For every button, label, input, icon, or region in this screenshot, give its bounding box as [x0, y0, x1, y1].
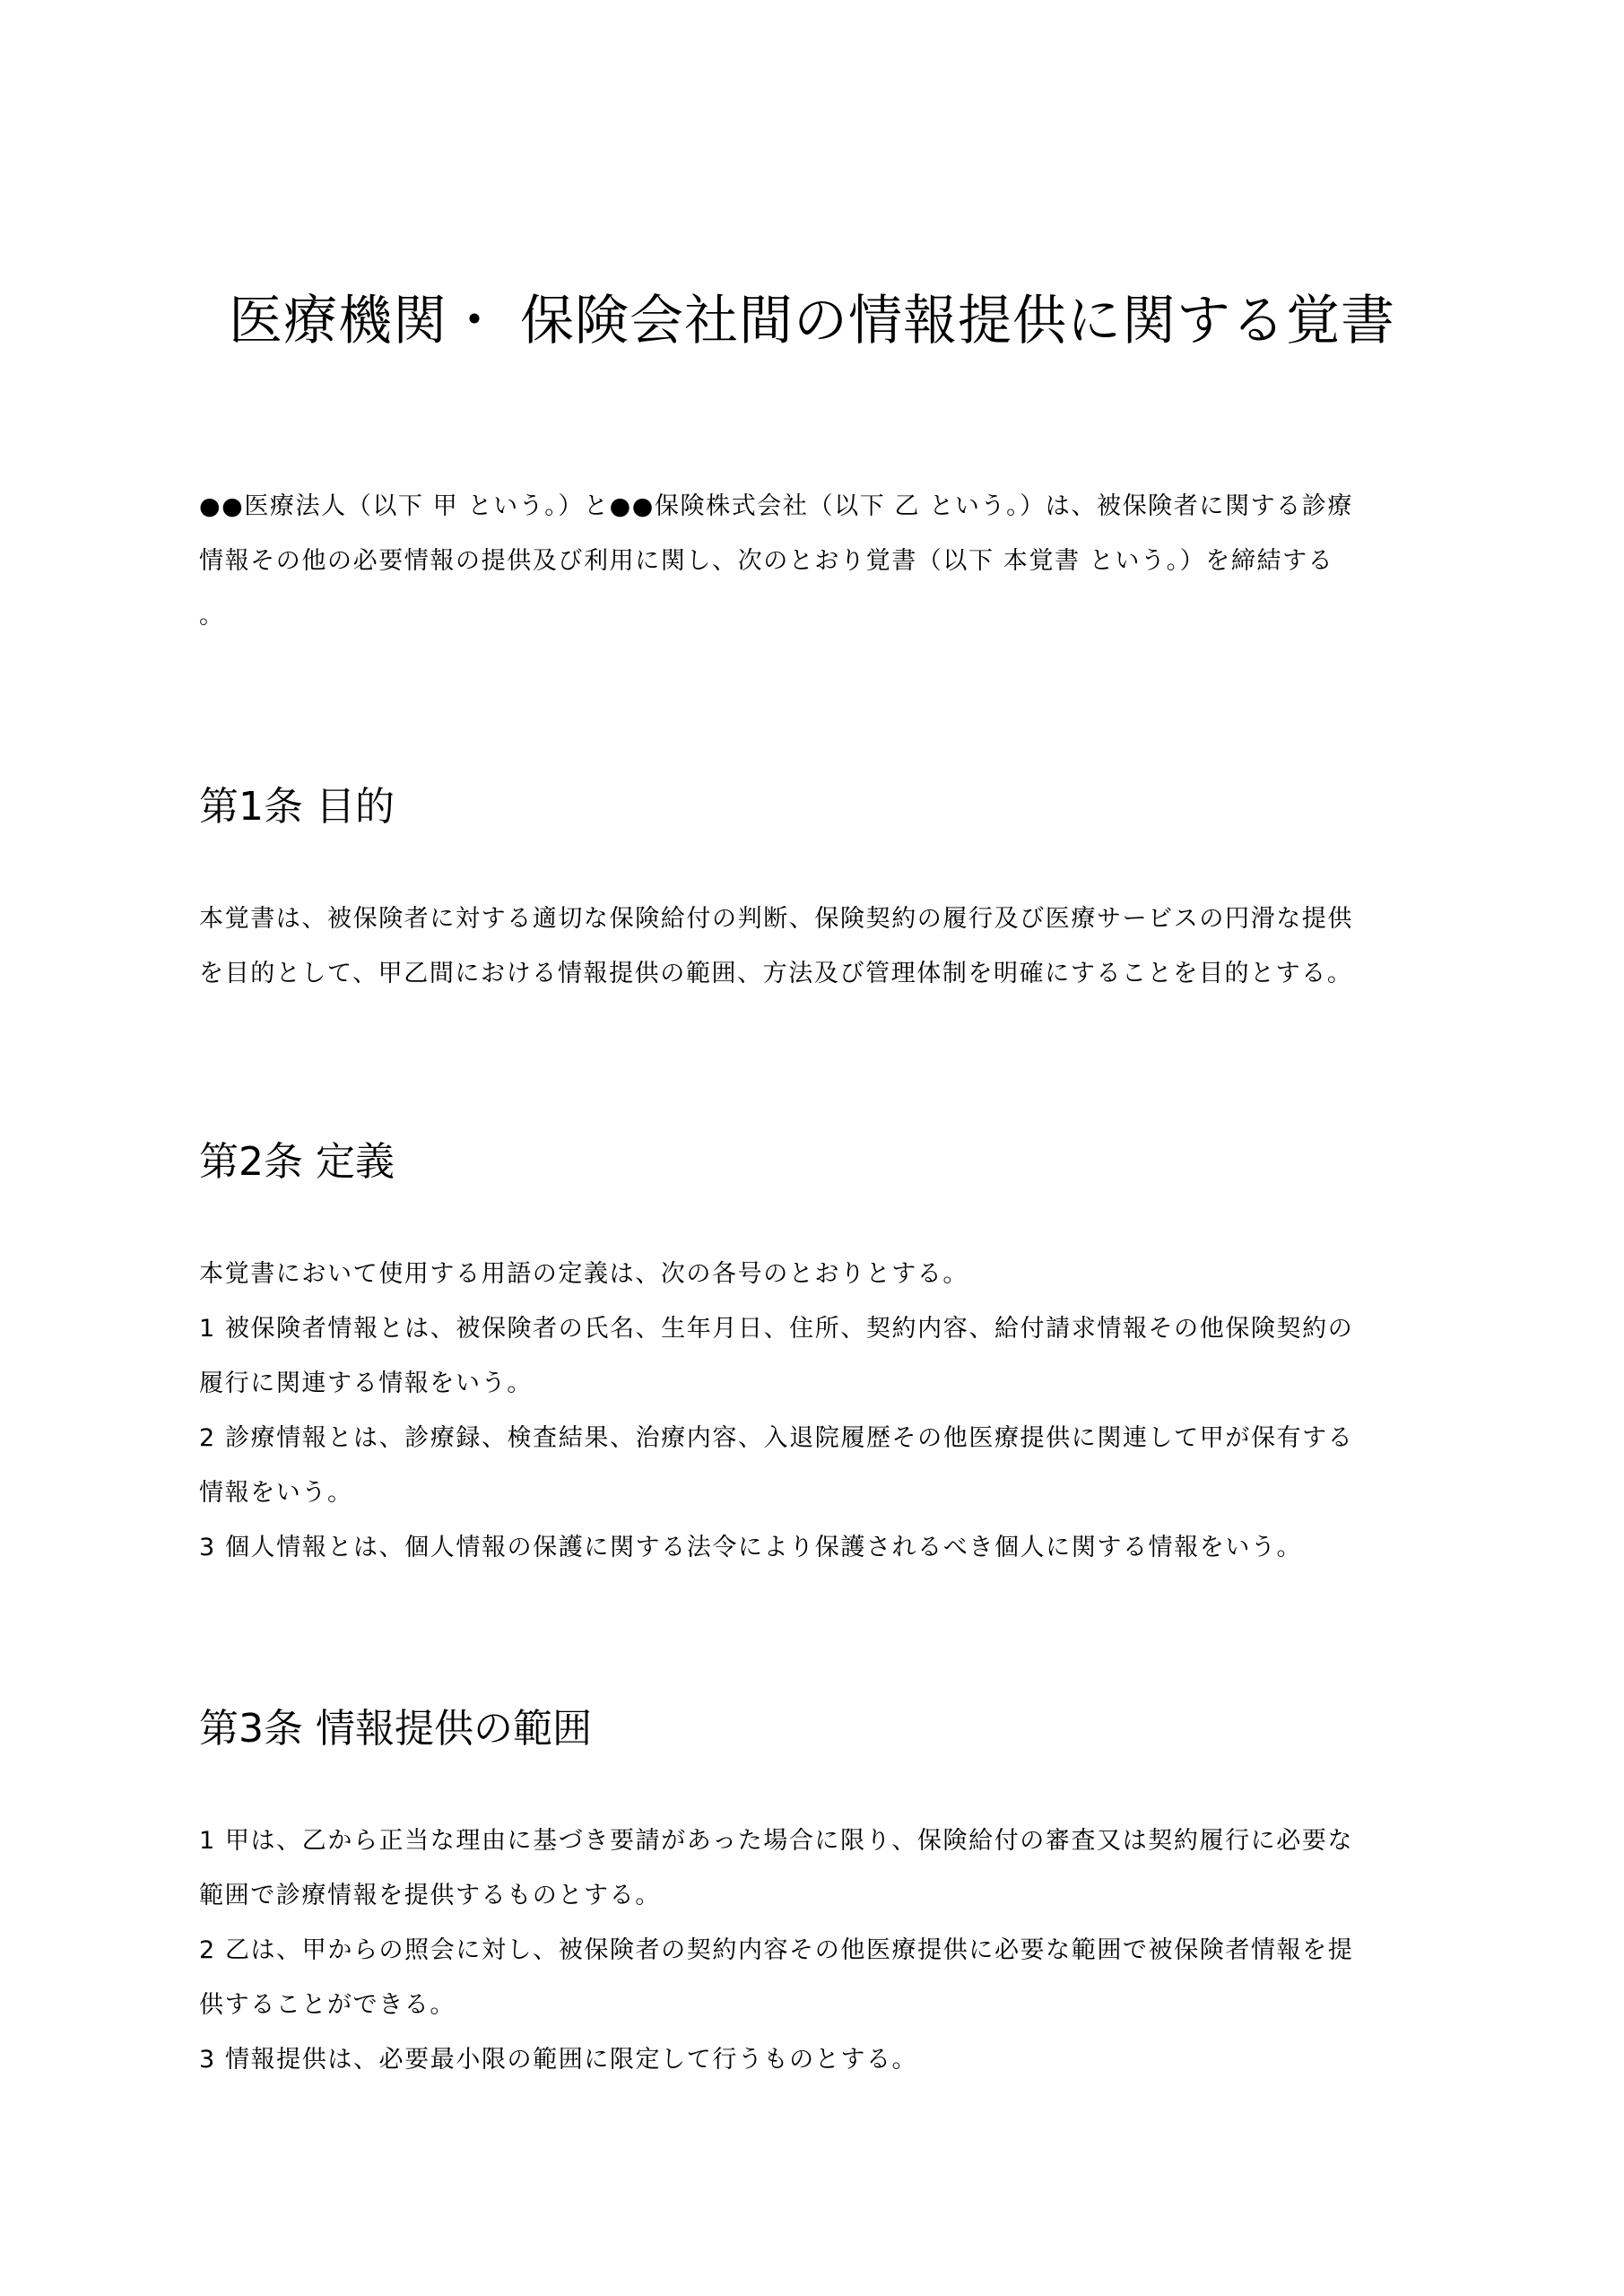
definition-item-2-cont: 情報をいう。 — [199, 1465, 1437, 1520]
document-title: 医療機関・ 保険会社間の情報提供に関する覚書 — [0, 285, 1624, 357]
scope-item-2-cont: 供することができる。 — [199, 1978, 1437, 2032]
article-2-body: 本覚書において使用する用語の定義は、次の各号のとおりとする。 1 被保険者情報と… — [199, 1247, 1437, 1575]
preamble-line: ●●医療法人（以下 甲 という。）と●●保険株式会社（以下 乙 という。）は、被… — [199, 479, 1437, 534]
scope-item-3: 3 情報提供は、必要最小限の範囲に限定して行うものとする。 — [199, 2032, 1437, 2087]
preamble-line: 。 — [199, 588, 1437, 643]
article-3-heading: 第3条 情報提供の範囲 — [199, 1702, 592, 1756]
scope-item-1-cont: 範囲で診療情報を提供するものとする。 — [199, 1868, 1437, 1923]
preamble: ●●医療法人（以下 甲 という。）と●●保険株式会社（以下 乙 という。）は、被… — [199, 479, 1437, 643]
preamble-line: 情報その他の必要情報の提供及び利用に関し、次のとおり覚書（以下 本覚書 という。… — [199, 534, 1437, 588]
scope-item-2: 2 乙は、甲からの照会に対し、被保険者の契約内容その他医療提供に必要な範囲で被保… — [199, 1923, 1437, 1978]
article-line: 本覚書は、被保険者に対する適切な保険給付の判断、保険契約の履行及び医療サービスの… — [199, 891, 1437, 946]
definition-item-2: 2 診療情報とは、診療録、検査結果、治療内容、入退院履歴その他医療提供に関連して… — [199, 1411, 1437, 1465]
document-page: 医療機関・ 保険会社間の情報提供に関する覚書 ●●医療法人（以下 甲 という。）… — [0, 0, 1624, 2296]
article-1-body: 本覚書は、被保険者に対する適切な保険給付の判断、保険契約の履行及び医療サービスの… — [199, 891, 1437, 1001]
article-line: を目的として、甲乙間における情報提供の範囲、方法及び管理体制を明確にすることを目… — [199, 946, 1437, 1001]
definition-item-3: 3 個人情報とは、個人情報の保護に関する法令により保護されるべき個人に関する情報… — [199, 1520, 1437, 1575]
definition-item-1: 1 被保険者情報とは、被保険者の氏名、生年月日、住所、契約内容、給付請求情報その… — [199, 1301, 1437, 1356]
definition-item-1-cont: 履行に関連する情報をいう。 — [199, 1356, 1437, 1411]
article-3-body: 1 甲は、乙から正当な理由に基づき要請があった場合に限り、保険給付の審査又は契約… — [199, 1813, 1437, 2087]
article-2-heading: 第2条 定義 — [199, 1135, 395, 1189]
scope-item-1: 1 甲は、乙から正当な理由に基づき要請があった場合に限り、保険給付の審査又は契約… — [199, 1813, 1437, 1868]
article-line: 本覚書において使用する用語の定義は、次の各号のとおりとする。 — [199, 1247, 1437, 1301]
article-1-heading: 第1条 目的 — [199, 780, 395, 834]
